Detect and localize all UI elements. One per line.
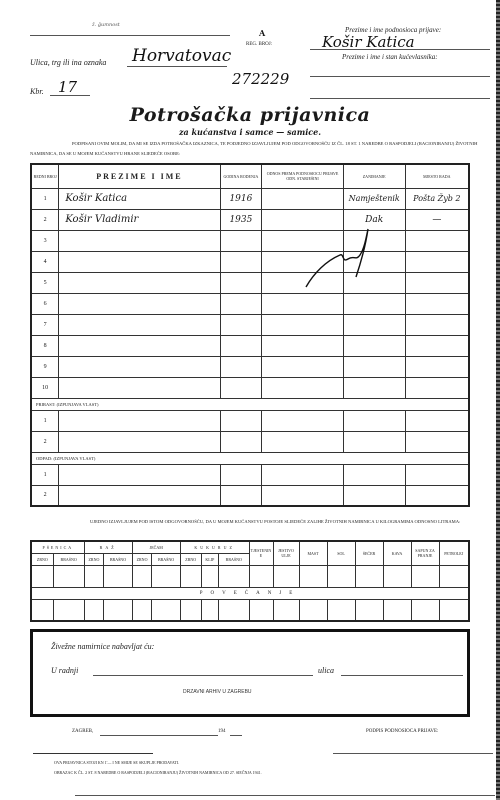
sub-header: ZRNO [84,553,104,565]
row-number: 2 [31,485,59,506]
person-workplace[interactable]: Pošta Žyb 2 [405,188,469,209]
bottom-rule [75,795,495,796]
supply-cell[interactable] [53,565,84,587]
sub-header: BRAŠNO [104,553,132,565]
col-header-petrolej: PETROLEJ [439,541,469,565]
povecanje-cell[interactable] [411,599,439,621]
person-name[interactable] [59,293,220,314]
kbr-value[interactable]: 17 [58,78,77,96]
shop-label: U radnji [51,666,78,675]
street-label: Ulica, trg ili ina oznaka [30,58,106,67]
povecanje-cell[interactable] [327,599,355,621]
supply-cell[interactable] [249,565,273,587]
signature-line[interactable] [333,753,493,754]
supplies-header-groups: PŠENICA RAŽ JEČAM KUKURUZ TJESTENINE JES… [31,541,469,553]
person-occupation[interactable]: Namještenik [343,188,405,209]
row-number: 3 [31,230,59,251]
povecanje-cell[interactable] [355,599,383,621]
row-number: 2 [31,431,59,452]
supply-cell[interactable] [439,565,469,587]
person-occupation[interactable] [343,377,405,398]
povecanje-row-header: POVEĆANJE [31,587,469,599]
povecanje-cell[interactable] [383,599,411,621]
povecanje-cell[interactable] [201,599,218,621]
applicant-underline [310,49,490,50]
table-row: 2 Košir Vladimir 1935 Dak — [31,209,469,230]
person-year[interactable] [220,377,262,398]
prirast-label: PRIRAST: (izpunjava vlast) [31,398,469,410]
row-number: 4 [31,251,59,272]
odpad-cell[interactable] [220,464,262,485]
odpad-row: 2 [31,485,469,506]
shop-input-line[interactable] [93,675,313,676]
povecanje-cell[interactable] [219,599,249,621]
sub-header: KLIP [201,553,218,565]
person-occupation[interactable] [343,356,405,377]
povecanje-values-row [31,599,469,621]
col-header-occupation: ZANIMANJE [343,164,405,188]
person-workplace[interactable] [405,314,469,335]
prirast-row: 1 [31,410,469,431]
col-header-mast: MAST [299,541,327,565]
odpad-row: 1 [31,464,469,485]
prirast-cell[interactable] [343,431,405,452]
person-name[interactable] [59,377,220,398]
odpad-cell[interactable] [262,464,343,485]
person-name[interactable] [59,230,220,251]
person-occupation[interactable] [343,293,405,314]
person-name[interactable] [59,335,220,356]
place-label: ZAGREB, [72,729,93,734]
col-header-sapun: SAPUN ZA PRANJE [411,541,439,565]
prirast-cell[interactable] [59,431,220,452]
owner-label: Prezime i ime i stan kućevlasnika: [342,53,438,61]
persons-table-header: REDNI BROJ PREZIME I IME GODINA RODENJA … [31,164,469,188]
odpad-cell[interactable] [59,485,220,506]
top-rule [30,35,230,36]
person-relation[interactable] [262,377,343,398]
price-note: OVA PRIJAVNICA STOJI KN 1'— I NE SMIJE S… [54,760,179,765]
odpad-cell[interactable] [405,485,469,506]
prirast-cell[interactable] [343,410,405,431]
person-year[interactable]: 1916 [220,188,262,209]
col-header-secer: ŠEĆER [355,541,383,565]
povecanje-cell[interactable] [84,599,104,621]
odpad-label: ODPAD: (izpunjava vlast) [31,452,469,464]
person-relation[interactable] [262,314,343,335]
person-year[interactable] [220,293,262,314]
table-row: 8 [31,335,469,356]
person-relation[interactable] [262,356,343,377]
supply-cell[interactable] [219,565,249,587]
sub-header: ZRNO [132,553,152,565]
col-header-name: PREZIME I IME [59,164,220,188]
row-number: 1 [31,188,59,209]
povecanje-cell[interactable] [152,599,180,621]
prirast-cell[interactable] [59,410,220,431]
prirast-cell[interactable] [220,431,262,452]
table-row: 3 [31,230,469,251]
sub-header: BRAŠNO [152,553,180,565]
group-header-jecam: JEČAM [132,541,180,553]
row-number: 9 [31,356,59,377]
odpad-cell[interactable] [59,464,220,485]
supply-cell[interactable] [152,565,180,587]
prirast-section-header: PRIRAST: (izpunjava vlast) [31,398,469,410]
footer-rule [33,753,153,754]
table-row: 7 [31,314,469,335]
table-row: 1 Košir Katica 1916 Namještenik Pošta Žy… [31,188,469,209]
supply-cell[interactable] [383,565,411,587]
povecanje-cell[interactable] [104,599,132,621]
col-header-kava: KAVA [383,541,411,565]
kbr-label: Kbr. [30,87,44,96]
supply-cell[interactable] [180,565,201,587]
person-workplace[interactable] [405,293,469,314]
form-subtitle: za kućanstva i samce — samice. [0,127,500,137]
person-name[interactable] [59,356,220,377]
person-name[interactable]: Košir Katica [59,188,220,209]
table-row: 10 [31,377,469,398]
person-year[interactable]: 1935 [220,209,262,230]
form-title: Potrošačka prijavnica [0,104,500,126]
sub-header: BRAŠNO [53,553,84,565]
odpad-cell[interactable] [343,464,405,485]
street-input-line[interactable] [341,675,463,676]
col-header-jestivo-ulje: JESTIVO ULJE [273,541,299,565]
owner-underline-2 [310,98,490,99]
person-workplace[interactable] [405,335,469,356]
povecanje-cell[interactable] [31,599,53,621]
person-year[interactable] [220,356,262,377]
person-name[interactable] [59,272,220,293]
col-header-relation: ODNOS PREMA PODNOSIOCU PRIJAVE ODN. STAR… [262,164,343,188]
supply-cell[interactable] [273,565,299,587]
person-name[interactable] [59,251,220,272]
prirast-row: 2 [31,431,469,452]
povecanje-cell[interactable] [299,599,327,621]
row-number: 8 [31,335,59,356]
person-workplace[interactable] [405,230,469,251]
street-label-2: ulica [318,666,334,675]
col-header-year: GODINA RODENJA [220,164,262,188]
supply-cell[interactable] [31,565,53,587]
person-workplace[interactable] [405,272,469,293]
row-number: 2 [31,209,59,230]
purchase-box: Živežne namirnice nabavljat ću: U radnji… [30,629,470,717]
povecanje-cell[interactable] [249,599,273,621]
sub-header: BRAŠNO [219,553,249,565]
table-row: 9 [31,356,469,377]
signature-label: PODPIS PODNOSIOCA PRIJAVE: [366,729,438,734]
person-workplace[interactable] [405,377,469,398]
year-suffix: 194 [218,729,226,734]
supplies-table: PŠENICA RAŽ JEČAM KUKURUZ TJESTENINE JES… [30,540,470,622]
row-number: 5 [31,272,59,293]
group-header-kukuruz: KUKURUZ [180,541,249,553]
povecanje-cell[interactable] [53,599,84,621]
supply-cell[interactable] [299,565,327,587]
person-workplace[interactable] [405,356,469,377]
povecanje-cell[interactable] [439,599,469,621]
col-header-sol: SOL [327,541,355,565]
person-relation[interactable] [262,293,343,314]
prirast-cell[interactable] [405,410,469,431]
povecanje-cell[interactable] [132,599,152,621]
persons-table: REDNI BROJ PREZIME I IME GODINA RODENJA … [30,163,470,507]
odpad-section-header: ODPAD: (izpunjava vlast) [31,452,469,464]
odpad-cell[interactable] [220,485,262,506]
archive-stamp: DRZAVNI ARHIV U ZAGREBU [183,689,252,695]
odpad-cell[interactable] [262,485,343,506]
person-year[interactable] [220,314,262,335]
person-occupation[interactable] [343,335,405,356]
form-letter: A [259,28,265,38]
group-header-psenica: PŠENICA [31,541,84,553]
person-workplace[interactable] [405,251,469,272]
row-number: 7 [31,314,59,335]
prirast-cell[interactable] [220,410,262,431]
person-relation[interactable] [262,335,343,356]
person-year[interactable] [220,230,262,251]
col-header-tjestenine: TJESTENINE [249,541,273,565]
prirast-cell[interactable] [262,410,343,431]
povecanje-label: POVEĆANJE [31,587,469,599]
col-header-no: REDNI BROJ [31,164,59,188]
supplies-intro-text: UJEDNO IZJAVLJUJEM POD ISTOM ODGOVORNOŠĆ… [30,517,475,527]
sub-header: ZRNO [180,553,201,565]
supply-cell[interactable] [355,565,383,587]
street-value[interactable]: Horvatovac [132,46,231,66]
prirast-cell[interactable] [405,431,469,452]
group-header-raz: RAŽ [84,541,132,553]
person-relation[interactable] [262,188,343,209]
handwritten-signature [300,225,380,295]
supply-cell[interactable] [132,565,152,587]
prirast-cell[interactable] [262,431,343,452]
year-input-line[interactable] [230,735,242,736]
reg-broj-label: REG. BROJ: [246,42,272,47]
sub-header: ZRNO [31,553,53,565]
supply-cell[interactable] [327,565,355,587]
row-number: 6 [31,293,59,314]
odpad-cell[interactable] [405,464,469,485]
street-underline [127,66,227,67]
row-number: 10 [31,377,59,398]
supply-cell[interactable] [411,565,439,587]
person-year[interactable] [220,251,262,272]
declaration-text: PODPISANI OVIM MOLIM, DA MI SE IZDA POTR… [30,139,490,159]
table-row: 5 [31,272,469,293]
supply-cell[interactable] [201,565,218,587]
person-occupation[interactable] [343,314,405,335]
odpad-cell[interactable] [343,485,405,506]
table-row: 6 [31,293,469,314]
supply-cell[interactable] [104,565,132,587]
povecanje-cell[interactable] [273,599,299,621]
top-scribble: ž. ĝumnost [92,22,120,28]
person-workplace[interactable]: — [405,209,469,230]
owner-underline-1 [310,76,490,77]
person-name[interactable] [59,314,220,335]
row-number: 1 [31,410,59,431]
row-number: 1 [31,464,59,485]
supplies-values-row [31,565,469,587]
person-year[interactable] [220,272,262,293]
person-year[interactable] [220,335,262,356]
supply-cell[interactable] [84,565,104,587]
povecanje-cell[interactable] [180,599,201,621]
purchase-heading: Živežne namirnice nabavljat ću: [51,642,154,651]
regulation-note: OBRAZAC K ČL. 2 ST. 8 NAREDBE O RASPODJE… [54,770,262,775]
col-header-workplace: MJESTO RADA [405,164,469,188]
reg-broj-value[interactable]: 272229 [232,70,289,88]
date-input-line[interactable] [100,735,218,736]
person-name[interactable]: Košir Vladimir [59,209,220,230]
table-row: 4 [31,251,469,272]
